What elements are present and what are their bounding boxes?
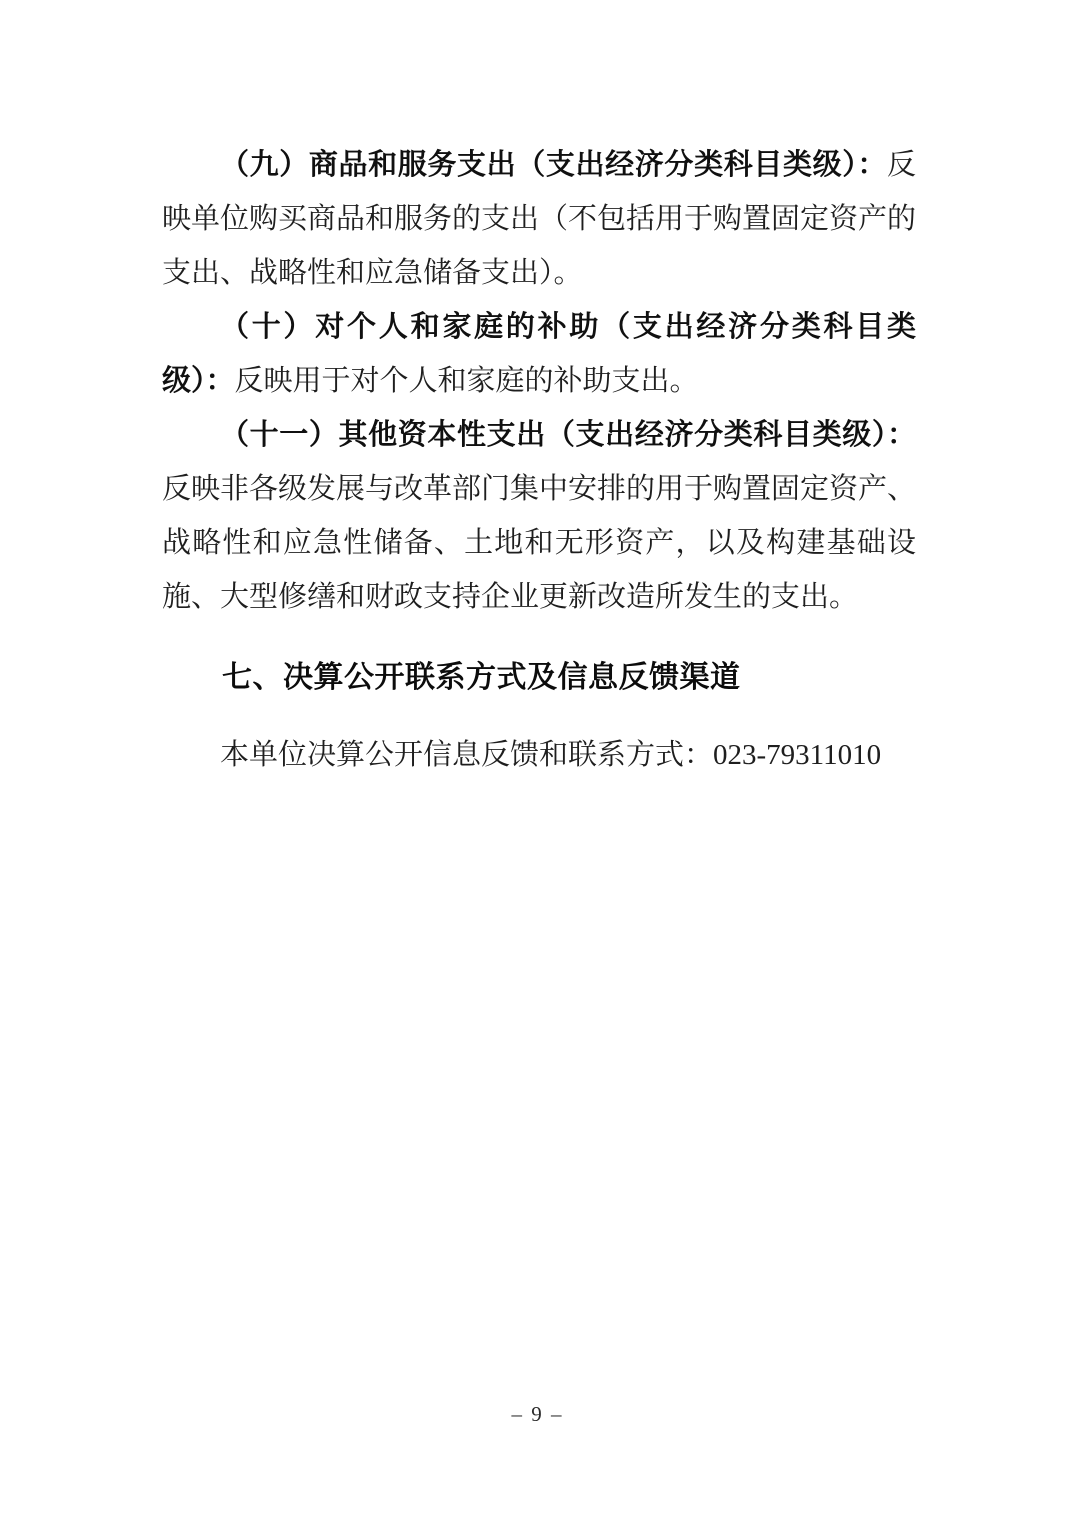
paragraph-body: 反映非各级发展与改革部门集中安排的用于购置固定资产、战略性和应急性储备、土地和无… [162,473,916,613]
page-number: – 9 – [0,1399,1075,1429]
paragraph-body: 反映用于对个人和家庭的补助支出。 [235,365,699,397]
paragraph-lead: （九）商品和服务支出（支出经济分类科目类级）： [220,149,887,181]
section-heading: 七、决算公开联系方式及信息反馈渠道 [162,652,916,704]
content-area: （九）商品和服务支出（支出经济分类科目类级）：反映单位购买商品和服务的支出（不包… [162,138,916,782]
document-page: （九）商品和服务支出（支出经济分类科目类级）：反映单位购买商品和服务的支出（不包… [0,0,1075,1520]
contact-line: 本单位决算公开信息反馈和联系方式：023-79311010 [162,728,916,782]
paragraph-subsidies-individuals-families: （十）对个人和家庭的补助（支出经济分类科目类级）：反映用于对个人和家庭的补助支出… [162,300,916,408]
paragraph-other-capital-expenditure: （十一）其他资本性支出（支出经济分类科目类级）：反映非各级发展与改革部门集中安排… [162,408,916,624]
paragraph-lead: （十一）其他资本性支出（支出经济分类科目类级）： [220,419,916,451]
paragraph-expense-goods-services: （九）商品和服务支出（支出经济分类科目类级）：反映单位购买商品和服务的支出（不包… [162,138,916,300]
